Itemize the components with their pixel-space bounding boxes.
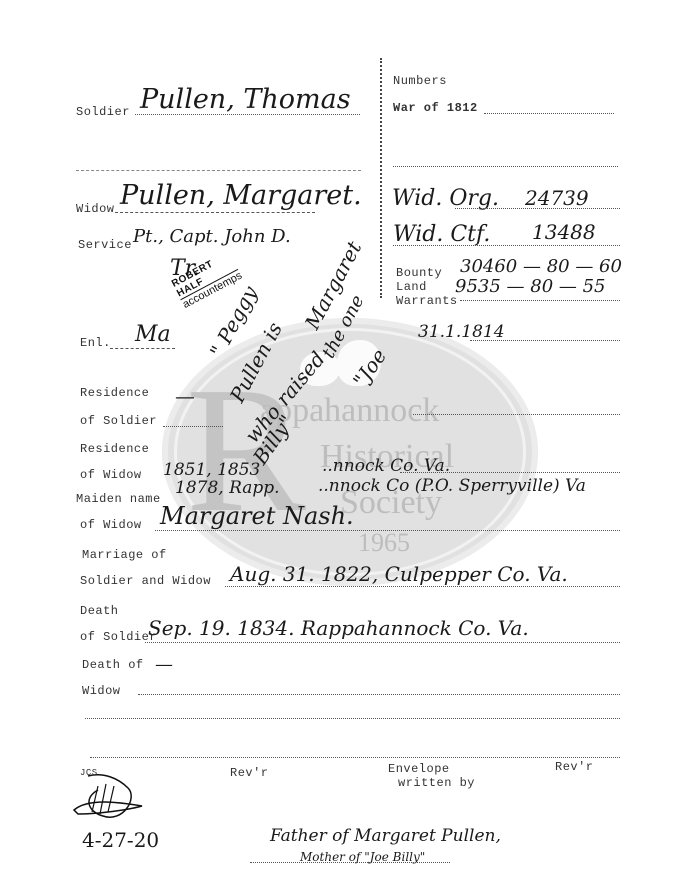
bounty-value-1: 30460 — 80 — 60 [460, 256, 622, 277]
dashed-line [76, 170, 361, 171]
dotted-line [85, 718, 620, 719]
signature-date: 4-27-20 [82, 828, 159, 852]
residence-widow-label-1: Residence [80, 442, 149, 456]
wid-org-value: 24739 [525, 186, 589, 210]
death-widow-label-1: Death of [82, 658, 144, 672]
watermark-line-4: 1965 [358, 528, 410, 558]
dotted-line [250, 862, 450, 863]
dotted-line [135, 114, 360, 115]
reviewer-label-1: Rev'r [230, 766, 269, 780]
envelope-label-1: Envelope [388, 762, 450, 776]
maiden-name-label-2: of Widow [80, 518, 142, 532]
dotted-line [455, 208, 620, 209]
dashed-line [115, 212, 315, 213]
enlistment-label: Enl. [80, 336, 111, 350]
bounty-label-2: Land [396, 280, 458, 294]
dotted-line [155, 530, 620, 531]
marriage-label-1: Marriage of [82, 548, 167, 562]
widow-value: Pullen, Margaret. [120, 180, 362, 211]
signature-initials: JCS [80, 768, 98, 778]
soldier-value: Pullen, Thomas [140, 84, 351, 115]
death-soldier-label-1: Death [80, 604, 119, 618]
wid-cert-label: Wid. Ctf. [393, 222, 490, 247]
dotted-line [393, 166, 618, 167]
bounty-label-1: Bounty [396, 266, 458, 280]
widow-label: Widow [76, 202, 115, 216]
death-soldier-value: Sep. 19. 1834. Rappahannock Co. Va. [148, 616, 529, 640]
maiden-name-label-1: Maiden name [76, 492, 161, 506]
dotted-line [90, 757, 620, 758]
numbers-label: Numbers [393, 74, 447, 88]
dotted-line [484, 113, 614, 114]
residence-widow-place-2: ..nnock Co (P.O. Sperryville) Va [318, 476, 586, 496]
dotted-line [145, 642, 620, 643]
dotted-line [225, 586, 620, 587]
column-divider [380, 58, 382, 298]
marriage-label-2: Soldier and Widow [80, 574, 211, 588]
dotted-line [163, 426, 223, 427]
bounty-label-3: Warrants [396, 294, 458, 308]
bounty-label: Bounty Land Warrants [396, 266, 458, 308]
dotted-line [400, 472, 620, 473]
residence-widow-label-2: of Widow [80, 468, 142, 482]
enlistment-date: 31.1.1814 [418, 322, 505, 342]
death-widow-label-2: Widow [82, 684, 121, 698]
soldier-label: Soldier [76, 105, 130, 119]
wid-cert-value: 13488 [532, 220, 596, 244]
residence-soldier-value: — [175, 384, 195, 408]
residence-soldier-label-1: Residence [80, 386, 149, 400]
bounty-value-2: 9535 — 80 — 55 [455, 276, 606, 297]
reviewer-label-2: Rev'r [555, 760, 594, 774]
dotted-line [413, 414, 620, 415]
death-widow-value: — [155, 654, 173, 675]
service-label: Service [78, 238, 132, 252]
maiden-name-value: Margaret Nash. [160, 502, 354, 530]
service-value: Pt., Capt. John D. [133, 226, 291, 247]
dotted-line [460, 300, 620, 301]
residence-widow-years-1: 1851, 1853 [163, 460, 260, 480]
dotted-line [470, 340, 620, 341]
dotted-line [393, 245, 620, 246]
dashed-line [110, 348, 175, 349]
marriage-value: Aug. 31. 1822, Culpepper Co. Va. [230, 562, 568, 586]
residence-widow-years-2: 1878, Rapp. [175, 478, 280, 498]
footer-note-line-1: Father of Margaret Pullen, [270, 826, 501, 846]
envelope-label-2: written by [398, 776, 475, 790]
war-label: War of 1812 [393, 101, 478, 115]
enlistment-value: Ma [135, 322, 171, 347]
residence-widow-place-1: ..nnock Co. Va. [322, 456, 450, 476]
residence-soldier-label-2: of Soldier [80, 414, 157, 428]
dotted-line [138, 694, 620, 695]
